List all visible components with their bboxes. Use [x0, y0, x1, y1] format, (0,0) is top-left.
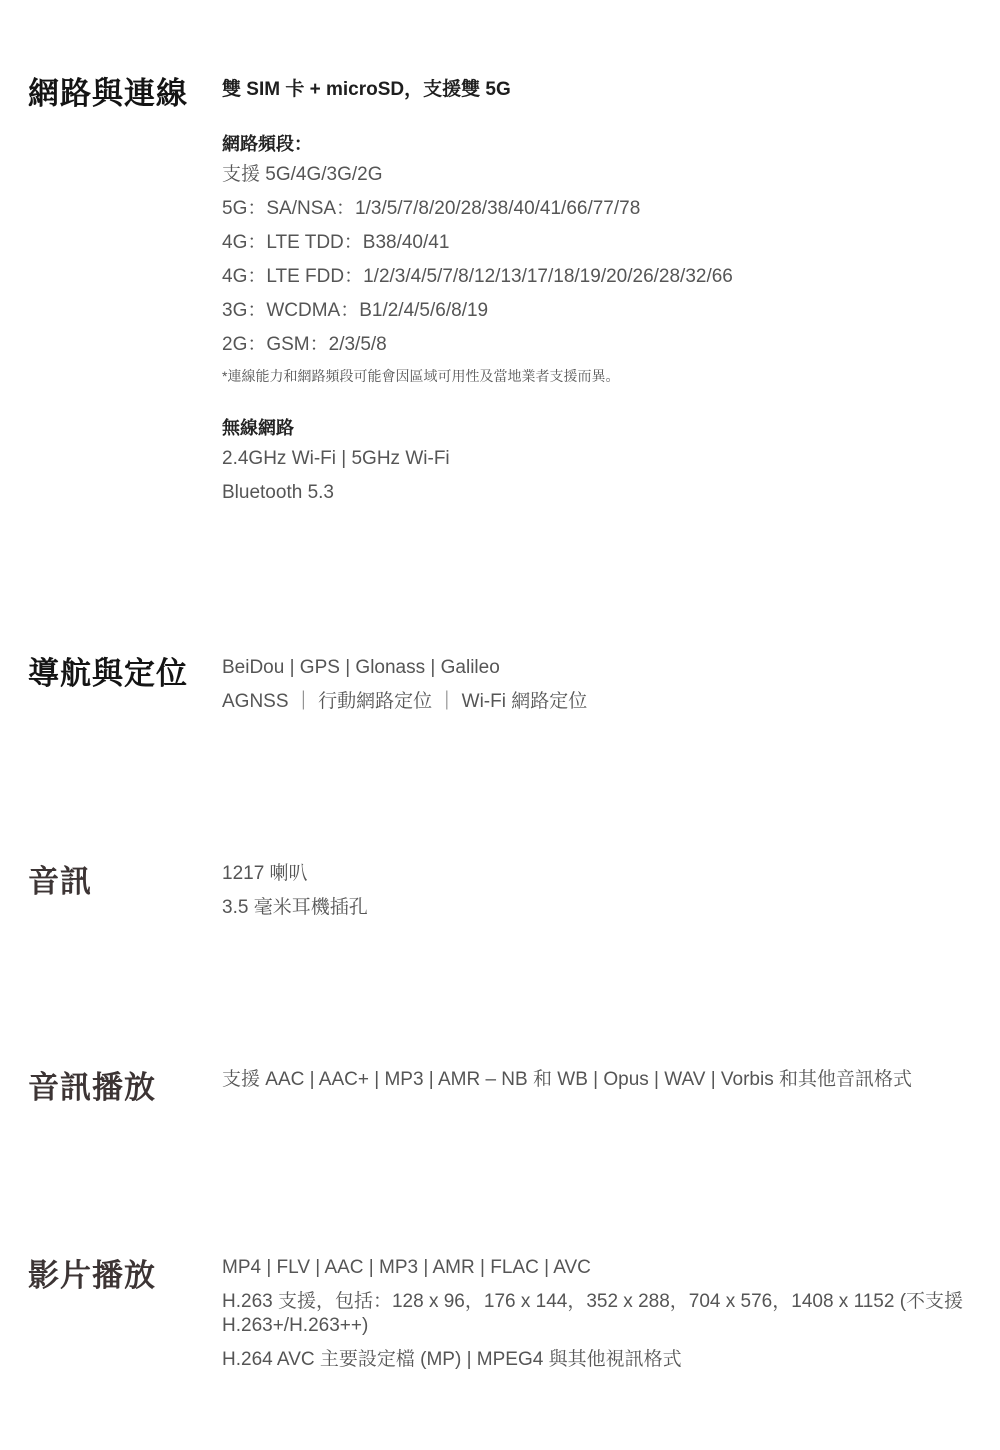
wireless-heading: 無線網路 [222, 414, 982, 442]
network-details: 雙 SIM 卡 + microSD，支援雙 5G 網路頻段： 支援 5G/4G/… [222, 76, 982, 510]
video-playback-line: MP4 | FLV | AAC | MP3 | AMR | FLAC | AVC [222, 1251, 982, 1285]
network-headline: 雙 SIM 卡 + microSD，支援雙 5G [222, 76, 982, 104]
navigation-line: AGNSS ｜ 行動網路定位 ｜ Wi-Fi 網路定位 [222, 685, 982, 719]
wireless-line: Bluetooth 5.3 [222, 476, 982, 510]
band-line: 支援 5G/4G/3G/2G [222, 158, 982, 192]
section-title-audio: 音訊 [28, 862, 92, 902]
network-bands-group: 網路頻段： 支援 5G/4G/3G/2G 5G：SA/NSA：1/3/5/7/8… [222, 130, 982, 390]
audio-details: 1217 喇叭 3.5 毫米耳機插孔 [222, 857, 982, 925]
section-title-navigation: 導航與定位 [28, 654, 188, 694]
band-line: 5G：SA/NSA：1/3/5/7/8/20/28/38/40/41/66/77… [222, 192, 982, 226]
audio-line: 1217 喇叭 [222, 857, 982, 891]
video-playback-line: H.264 AVC 主要設定檔 (MP) | MPEG4 與其他視訊格式 [222, 1343, 982, 1377]
section-title-audio-playback: 音訊播放 [28, 1068, 156, 1108]
navigation-line: BeiDou | GPS | Glonass | Galileo [222, 651, 982, 685]
audio-playback-line: 支援 AAC | AAC+ | MP3 | AMR – NB 和 WB | Op… [222, 1063, 982, 1097]
audio-line: 3.5 毫米耳機插孔 [222, 891, 982, 925]
wireless-group: 無線網路 2.4GHz Wi-Fi | 5GHz Wi-Fi Bluetooth… [222, 414, 982, 510]
navigation-details: BeiDou | GPS | Glonass | Galileo AGNSS ｜… [222, 651, 982, 719]
band-line: 3G：WCDMA：B1/2/4/5/6/8/19 [222, 294, 982, 328]
section-title-network: 網路與連線 [28, 74, 188, 114]
video-playback-details: MP4 | FLV | AAC | MP3 | AMR | FLAC | AVC… [222, 1251, 982, 1377]
network-bands-note: *連線能力和網路頻段可能會因區域可用性及當地業者支援而異。 [222, 362, 982, 390]
band-line: 4G：LTE TDD：B38/40/41 [222, 226, 982, 260]
section-title-video-playback: 影片播放 [28, 1256, 156, 1296]
wireless-line: 2.4GHz Wi-Fi | 5GHz Wi-Fi [222, 442, 982, 476]
band-line: 4G：LTE FDD：1/2/3/4/5/7/8/12/13/17/18/19/… [222, 260, 982, 294]
video-playback-line: H.263 支援，包括：128 x 96，176 x 144，352 x 288… [222, 1285, 982, 1343]
audio-playback-details: 支援 AAC | AAC+ | MP3 | AMR – NB 和 WB | Op… [222, 1063, 982, 1097]
band-line: 2G：GSM：2/3/5/8 [222, 328, 982, 362]
network-bands-heading: 網路頻段： [222, 130, 982, 158]
